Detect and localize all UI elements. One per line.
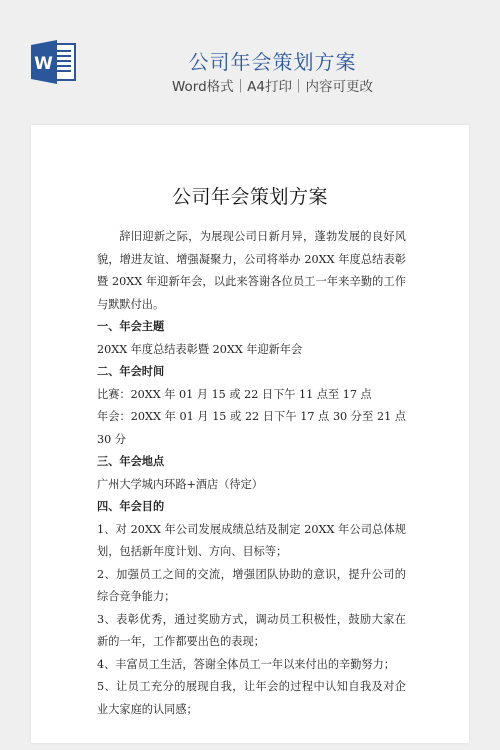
section-heading-location: 三、年会地点 bbox=[97, 451, 406, 474]
section-heading-purpose: 四、年会目的 bbox=[97, 496, 406, 519]
list-item: 3、表彰优秀，通过奖励方式，调动员工积极性，鼓励大家在新的一年，工作都要出色的表… bbox=[97, 609, 406, 654]
banner: W 公司年会策划方案 Word格式｜A4打印｜内容可更改 bbox=[0, 0, 500, 120]
document-body: 辞旧迎新之际，为展现公司日新月异，蓬勃发展的良好风貌，增进友谊、增强凝聚力，公司… bbox=[97, 226, 406, 721]
list-item: 5、让员工充分的展现自我，让年会的过程中认知自我及对企业大家庭的认同感； bbox=[97, 676, 406, 721]
list-item: 4、丰富员工生活，答谢全体员工一年以来付出的辛勤努力； bbox=[97, 654, 406, 677]
list-item: 1、对 20XX 年公司发展成绩总结及制定 20XX 年公司总体规划，包括新年度… bbox=[97, 519, 406, 564]
intro-paragraph: 辞旧迎新之际，为展现公司日新月异，蓬勃发展的良好风貌，增进友谊、增强凝聚力，公司… bbox=[97, 226, 406, 316]
section-line: 比赛：20XX 年 01 月 15 或 22 日下午 11 点至 17 点 bbox=[97, 384, 406, 407]
list-item: 2、加强员工之间的交流，增强团队协助的意识，提升公司的综合竞争能力； bbox=[97, 564, 406, 609]
section-heading-theme: 一、年会主题 bbox=[97, 316, 406, 339]
banner-subtitle: Word格式｜A4打印｜内容可更改 bbox=[0, 75, 500, 95]
section-line: 广州大学城内环路+酒店（待定） bbox=[97, 474, 406, 497]
document-page: 公司年会策划方案 辞旧迎新之际，为展现公司日新月异，蓬勃发展的良好风貌，增进友谊… bbox=[31, 125, 469, 743]
banner-title: 公司年会策划方案 bbox=[0, 46, 500, 75]
section-line: 年会：20XX 年 01 月 15 或 22 日下午 17 点 30 分至 21… bbox=[97, 406, 406, 451]
document-title: 公司年会策划方案 bbox=[31, 182, 469, 209]
section-line: 20XX 年度总结表彰暨 20XX 年迎新年会 bbox=[97, 339, 406, 362]
section-heading-time: 二、年会时间 bbox=[97, 361, 406, 384]
